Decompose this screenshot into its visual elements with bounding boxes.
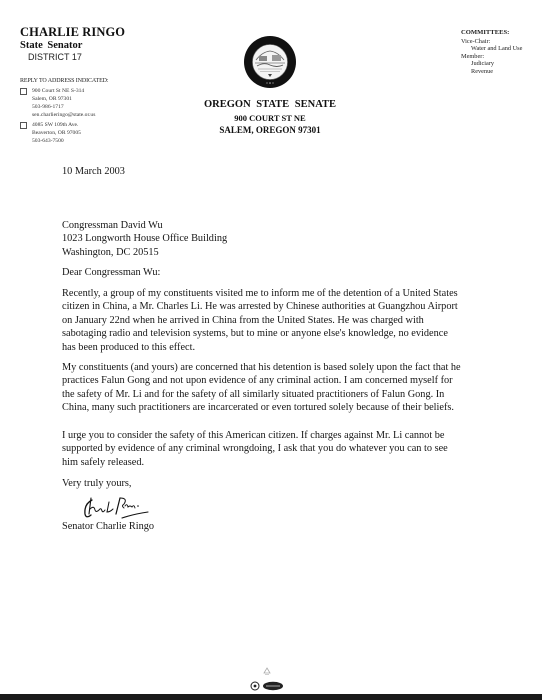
- paragraph-line: him safely released.: [62, 456, 532, 469]
- address-line: Beaverton, OR 97005: [32, 129, 81, 137]
- senate-city: SALEM, OREGON 97301: [170, 125, 370, 135]
- paragraph-line: the safety of Mr. Li and for the safety …: [62, 388, 532, 401]
- paragraph-line: sabotaging radio and television systems,…: [62, 327, 532, 340]
- address-checkbox: [20, 88, 27, 95]
- body-paragraph: I urge you to consider the safety of thi…: [62, 429, 532, 469]
- recipient-line: Congressman David Wu: [62, 219, 227, 232]
- address-line: 900 Court St NE S-314: [32, 87, 95, 95]
- paragraph-line: practices Falun Gong and not upon eviden…: [62, 374, 532, 387]
- oregon-state-seal-icon: [242, 34, 298, 90]
- handwritten-signature-icon: [78, 492, 158, 522]
- letter-date: 10 March 2003: [62, 165, 125, 178]
- recycled-paper-icon: [262, 667, 272, 677]
- committee-member: Revenue: [461, 68, 522, 76]
- sender-district: DISTRICT 17: [28, 52, 82, 62]
- paragraph-line: China, many such practitioners are incar…: [62, 401, 532, 414]
- address-line: sen.charlieringo@state.or.us: [32, 111, 95, 119]
- reply-heading: REPLY TO ADDRESS INDICATED:: [20, 78, 108, 84]
- committees-block: COMMITTEES: Vice-Chair: Water and Land U…: [461, 29, 522, 76]
- committees-heading: COMMITTEES:: [461, 29, 522, 37]
- address-line: 4085 SW 109th Ave.: [32, 121, 81, 129]
- scan-edge-band: [0, 694, 542, 700]
- address-line: 503-643-7500: [32, 137, 81, 145]
- sender-name: CHARLIE RINGO: [20, 25, 125, 40]
- paragraph-line: I urge you to consider the safety of thi…: [62, 429, 532, 442]
- sender-title: State Senator: [20, 40, 82, 51]
- paragraph-line: My constituents (and yours) are concerne…: [62, 361, 532, 374]
- committee-vice-chair: Water and Land Use: [461, 45, 522, 53]
- member-label: Member:: [461, 53, 522, 61]
- senate-name: OREGON STATE SENATE: [170, 99, 370, 110]
- paragraph-line: citizen in China, a Mr. Charles Li. He w…: [62, 300, 532, 313]
- signer-name: Senator Charlie Ringo: [62, 520, 154, 533]
- paragraph-line: supported by evidence of any criminal wr…: [62, 442, 532, 455]
- recipient-line: 1023 Longworth House Office Building: [62, 232, 227, 245]
- vice-chair-label: Vice-Chair:: [461, 38, 522, 46]
- salutation: Dear Congressman Wu:: [62, 266, 160, 279]
- address-checkbox: [20, 122, 27, 129]
- reply-address-salem: 900 Court St NE S-314 Salem, OR 97301 50…: [20, 87, 95, 119]
- union-label-icon: [249, 681, 289, 691]
- paragraph-line: has been produced to this effect.: [62, 341, 532, 354]
- body-paragraph: My constituents (and yours) are concerne…: [62, 361, 532, 415]
- paragraph-line: Recently, a group of my constituents vis…: [62, 287, 532, 300]
- address-line: Salem, OR 97301: [32, 95, 95, 103]
- senate-street: 900 COURT ST NE: [170, 113, 370, 123]
- committee-member: Judiciary: [461, 60, 522, 68]
- reply-address-beaverton: 4085 SW 109th Ave. Beaverton, OR 97005 5…: [20, 121, 81, 145]
- recipient-line: Washington, DC 20515: [62, 246, 227, 259]
- body-paragraph: Recently, a group of my constituents vis…: [62, 287, 532, 354]
- address-line: 503-986-1717: [32, 103, 95, 111]
- closing: Very truly yours,: [62, 477, 132, 490]
- recipient-address: Congressman David Wu 1023 Longworth Hous…: [62, 219, 227, 259]
- paragraph-line: on January 22nd when he arrived in China…: [62, 314, 532, 327]
